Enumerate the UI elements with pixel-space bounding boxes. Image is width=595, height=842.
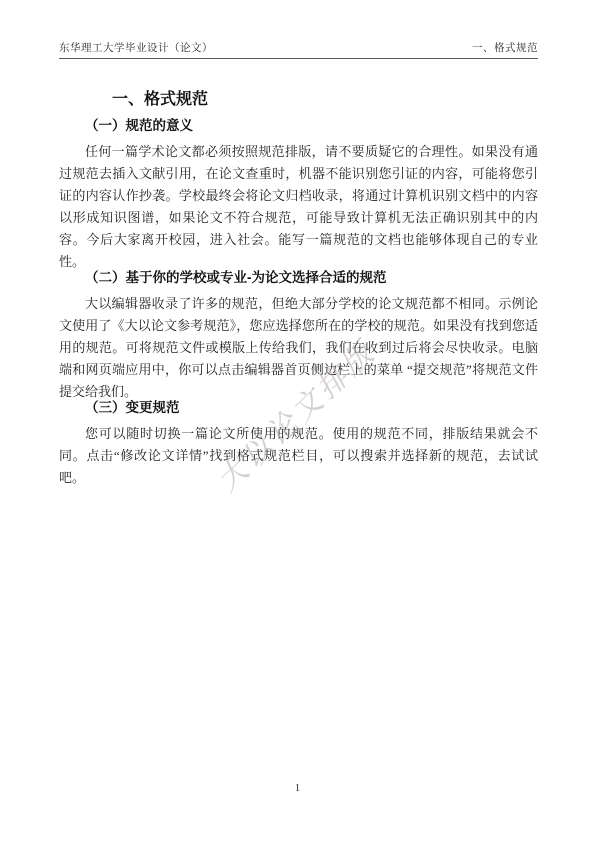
section-1-heading: （一）规范的意义	[85, 117, 538, 135]
section-2-heading: （二）基于你的学校或专业-为论文选择合适的规范	[85, 269, 538, 287]
document-content: 一、格式规范 （一）规范的意义 任何一篇学术论文都必须按照规范排版，请不要质疑它…	[59, 84, 538, 489]
document-page: 东华理工大学毕业设计（论文） 一、格式规范 一、格式规范 （一）规范的意义 任何…	[0, 0, 595, 842]
section-3-paragraph: 您可以随时切换一篇论文所使用的规范。使用的规范不同，排版结果就会不同。点击“修改…	[59, 423, 538, 489]
section-1-paragraph: 任何一篇学术论文都必须按照规范排版，请不要质疑它的合理性。如果没有通过规范去插入…	[59, 141, 538, 273]
header-left-text: 东华理工大学毕业设计（论文）	[59, 43, 213, 55]
page-number: 1	[0, 783, 595, 794]
page-header: 东华理工大学毕业设计（论文） 一、格式规范	[59, 43, 538, 59]
header-right-text: 一、格式规范	[472, 43, 538, 55]
document-title: 一、格式规范	[112, 90, 538, 110]
section-2-paragraph: 大以编辑器收录了许多的规范，但绝大部分学校的论文规范都不相同。示例论文使用了《大…	[59, 293, 538, 403]
section-3-heading: （三）变更规范	[85, 399, 538, 417]
